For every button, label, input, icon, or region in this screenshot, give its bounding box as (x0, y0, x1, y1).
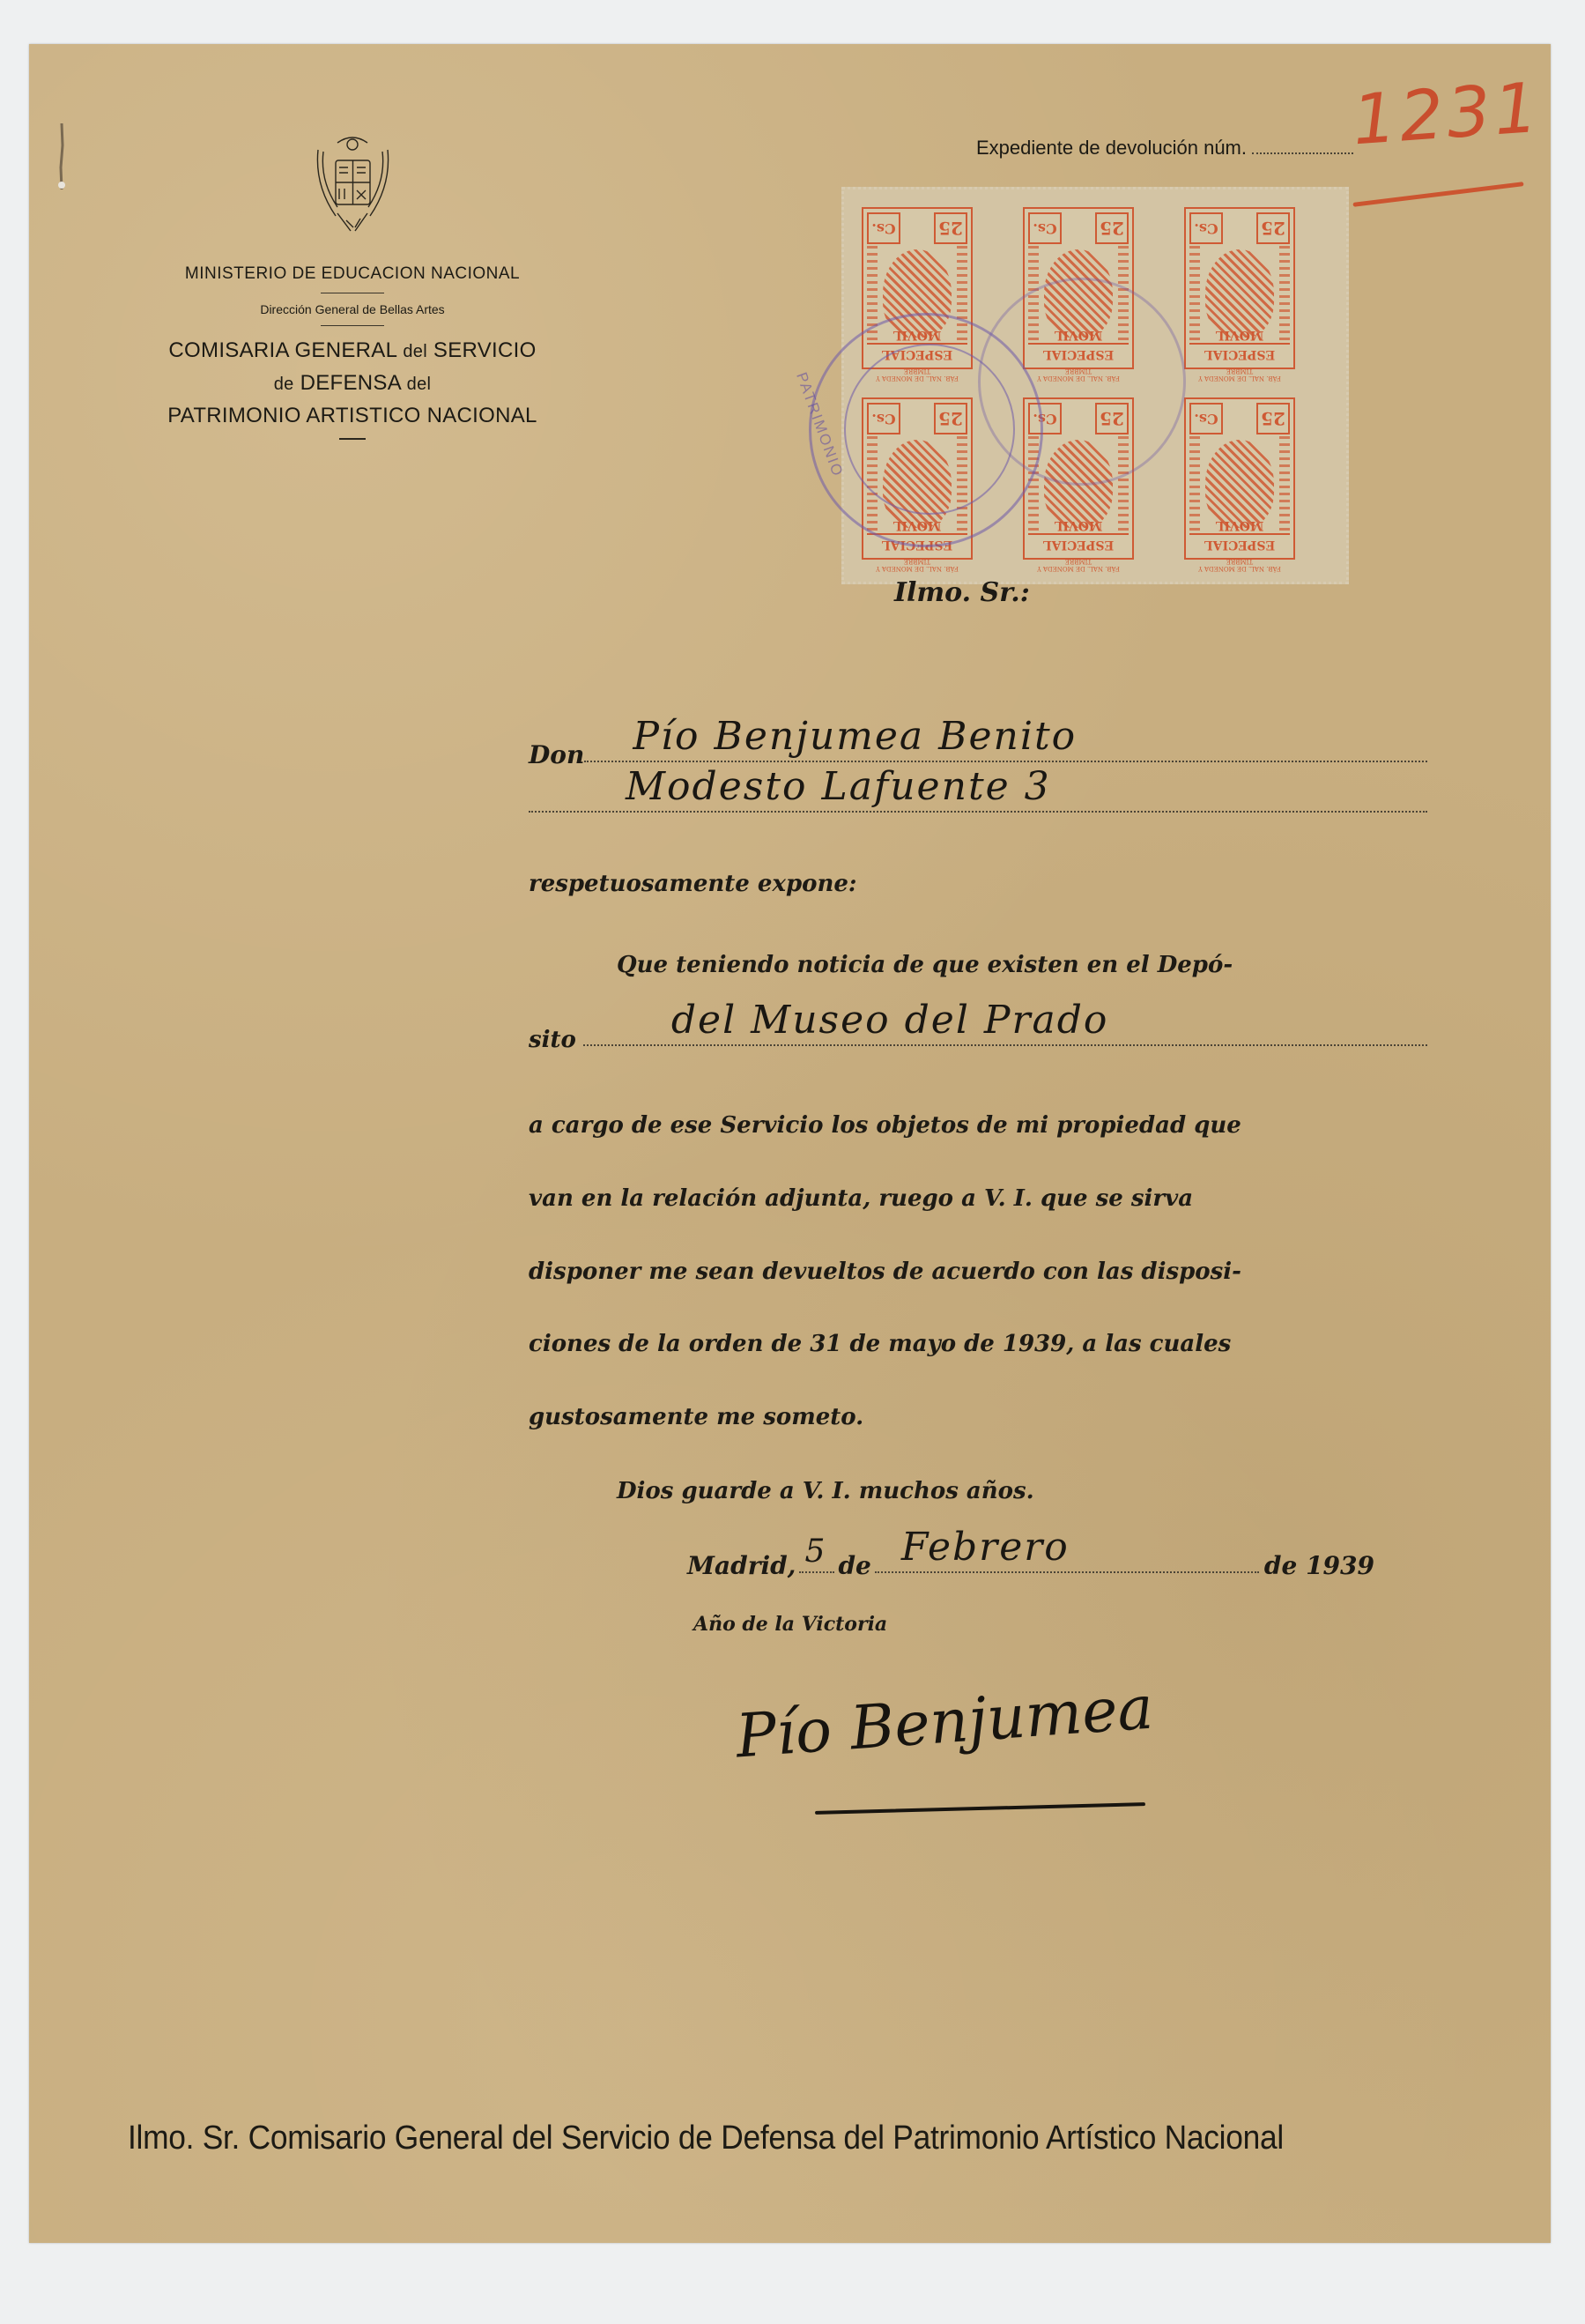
comisaria-text: SERVICIO (433, 338, 537, 362)
revenue-stamp: FÁB. NAL. DE MONEDA Y TIMBRE ESPECIAL MO… (1184, 207, 1295, 369)
dios-guarde-text: Dios guarde a V. I. muchos años. (617, 1478, 1034, 1504)
deposit-field: sito del Museo del Prado (529, 1027, 1427, 1053)
comisaria-text: PATRIMONIO ARTISTICO NACIONAL (167, 404, 537, 427)
stamp-maker: FÁB. NAL. DE MONEDA Y TIMBRE (863, 558, 971, 572)
year-text: de 1939 (1264, 1551, 1374, 1580)
fill-line: del Museo del Prado (583, 1044, 1427, 1046)
stamp-ornament-icon (1279, 436, 1290, 531)
fill-line: Modesto Lafuente 3 (529, 811, 1427, 813)
salutation: Ilmo. Sr.: (894, 577, 1030, 608)
body-line-1: Que teniendo noticia de que existen en e… (617, 952, 1233, 978)
body-line-4: van en la relación adjunta, ruego a V. I… (529, 1185, 1193, 1212)
staple-mark-icon (57, 119, 66, 207)
comisaria-text: del (403, 342, 427, 361)
fill-line: Febrero (875, 1571, 1259, 1573)
expediente-label: Expediente de devolución núm. (976, 137, 1247, 160)
handwritten-month: Febrero (901, 1525, 1070, 1570)
letterhead: MINISTERIO DE EDUCACION NACIONAL Direcci… (132, 132, 573, 440)
fill-line (1252, 152, 1353, 154)
stamp-ornament-icon (1279, 246, 1290, 341)
stamp-unit: Cs. (1028, 212, 1062, 244)
stamp-value: 25 (934, 212, 967, 244)
expediente-number: 1231 (1350, 69, 1544, 161)
comisaria-text: del (407, 375, 432, 394)
handwritten-address: Modesto Lafuente 3 (626, 764, 1051, 809)
date-field: Madrid, 5 de Febrero de 1939 (687, 1551, 1374, 1580)
body-line-5: disponer me sean devueltos de acuerdo co… (529, 1259, 1241, 1285)
stamp-ornament-icon (1189, 436, 1200, 531)
comisaria-text: COMISARIA GENERAL (168, 338, 396, 362)
stamp-maker: FÁB. NAL. DE MONEDA Y TIMBRE (1186, 368, 1293, 382)
don-label: Don (529, 740, 584, 769)
stamp-title: ESPECIAL MOVIL (1189, 343, 1290, 364)
revenue-stamp: FÁB. NAL. DE MONEDA Y TIMBRE ESPECIAL MO… (1184, 397, 1295, 560)
stamp-ornament-icon (1189, 246, 1200, 341)
direction-name: Dirección General de Bellas Artes (132, 302, 573, 316)
footer-addressee: Ilmo. Sr. Comisario General del Servicio… (128, 2120, 1340, 2157)
expediente-field: Expediente de devolución núm. (976, 137, 1353, 160)
stamp-maker: FÁB. NAL. DE MONEDA Y TIMBRE (1186, 558, 1293, 572)
sito-label: sito (529, 1027, 576, 1053)
fill-line: 5 (799, 1571, 834, 1573)
stamp-arms-icon (1205, 249, 1274, 338)
stamp-unit: Cs. (1189, 212, 1223, 244)
body-line-6: ciones de la orden de 31 de mayo de 1939… (529, 1331, 1231, 1357)
de-label: de (838, 1551, 870, 1580)
comisaria-name: COMISARIA GENERAL del SERVICIO de DEFENS… (132, 335, 573, 431)
divider (321, 325, 384, 326)
body-line-7: gustosamente me someto. (529, 1404, 863, 1430)
stamp-value: 25 (1256, 403, 1290, 434)
stamp-unit: Cs. (867, 212, 900, 244)
expone-text: respetuosamente expone: (529, 871, 857, 897)
stamp-value: 25 (1095, 212, 1129, 244)
handwritten-name: Pío Benjumea Benito (633, 714, 1077, 759)
stamp-arms-icon (1205, 440, 1274, 528)
comisaria-text: de (274, 375, 294, 394)
ministry-name: MINISTERIO DE EDUCACION NACIONAL (132, 264, 573, 284)
comisaria-text: DEFENSA (300, 371, 401, 395)
stamp-title: ESPECIAL MOVIL (1028, 533, 1129, 554)
fill-line: Pío Benjumea Benito (584, 761, 1427, 762)
divider (339, 438, 366, 440)
place-label: Madrid, (687, 1551, 796, 1580)
body-line-3: a cargo de ese Servicio los objetos de m… (529, 1112, 1241, 1139)
stamp-title: ESPECIAL MOVIL (1189, 533, 1290, 554)
handwritten-deposit: del Museo del Prado (671, 998, 1109, 1043)
ink-seal-second (978, 278, 1186, 486)
stamp-maker: FÁB. NAL. DE MONEDA Y TIMBRE (1025, 558, 1132, 572)
stamp-value: 25 (1256, 212, 1290, 244)
handwritten-day: 5 (804, 1533, 826, 1570)
divider (321, 293, 384, 293)
coat-of-arms-icon (311, 132, 395, 238)
address-field: Modesto Lafuente 3 (529, 811, 1427, 820)
ano-victoria-text: Año de la Victoria (693, 1613, 887, 1636)
stamp-unit: Cs. (1189, 403, 1223, 434)
